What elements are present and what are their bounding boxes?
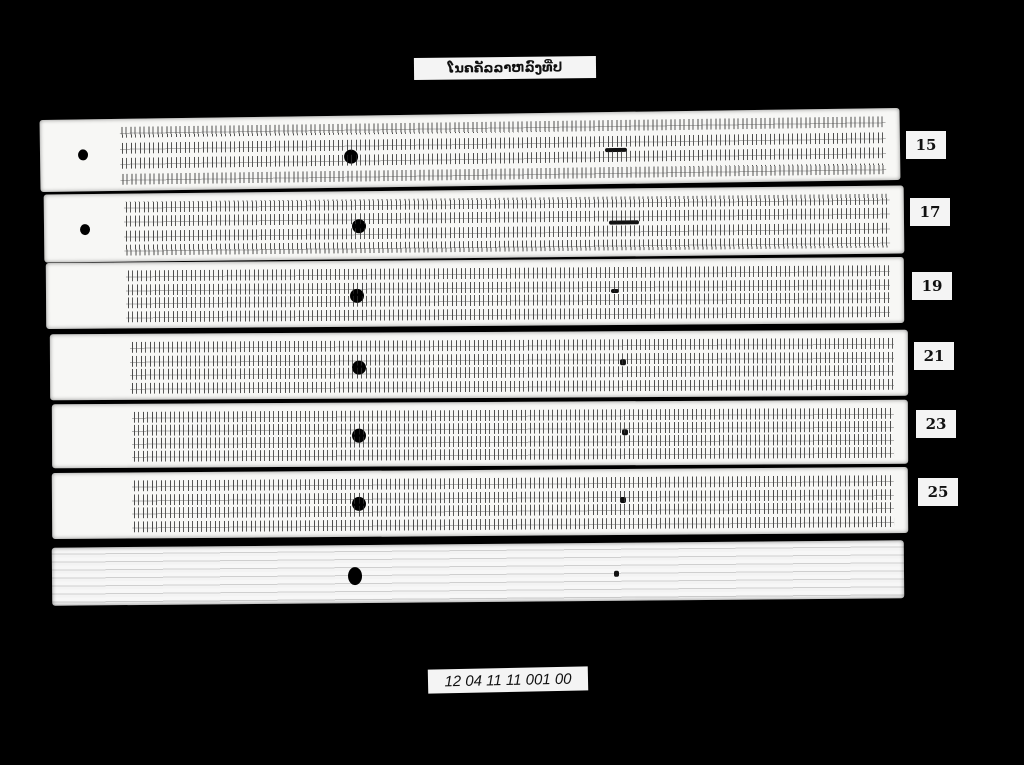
binding-hole-left xyxy=(78,149,88,160)
catalog-number-label: 12 04 11 11 001 00 xyxy=(428,666,588,693)
script-text-lines xyxy=(130,338,894,394)
script-text-lines xyxy=(132,475,894,532)
palm-leaf-23 xyxy=(52,400,908,468)
leaf-number-15: 15 xyxy=(906,131,946,159)
palm-leaf-25 xyxy=(52,467,908,539)
script-text-lines xyxy=(126,265,890,322)
script-text-lines xyxy=(124,194,891,256)
script-text-lines xyxy=(132,408,894,462)
manuscript-title-label: ໂນຄຄັລລາຫລົງທີ່ປ xyxy=(414,56,596,80)
binding-hole-left xyxy=(80,224,90,235)
binding-mark-right xyxy=(614,571,619,577)
palm-leaf-21 xyxy=(50,330,908,400)
script-text-lines xyxy=(120,116,887,185)
palm-leaf-19 xyxy=(46,257,904,329)
leaf-number-21: 21 xyxy=(914,342,954,370)
palm-leaf-blank xyxy=(52,540,904,605)
palm-leaf-17 xyxy=(44,185,905,262)
binding-hole-center xyxy=(348,567,362,585)
leaf-number-19: 19 xyxy=(912,272,952,300)
palm-leaf-15 xyxy=(40,108,901,192)
leaf-number-25: 25 xyxy=(918,478,958,506)
leaf-number-17: 17 xyxy=(910,198,950,226)
leaf-number-23: 23 xyxy=(916,410,956,438)
